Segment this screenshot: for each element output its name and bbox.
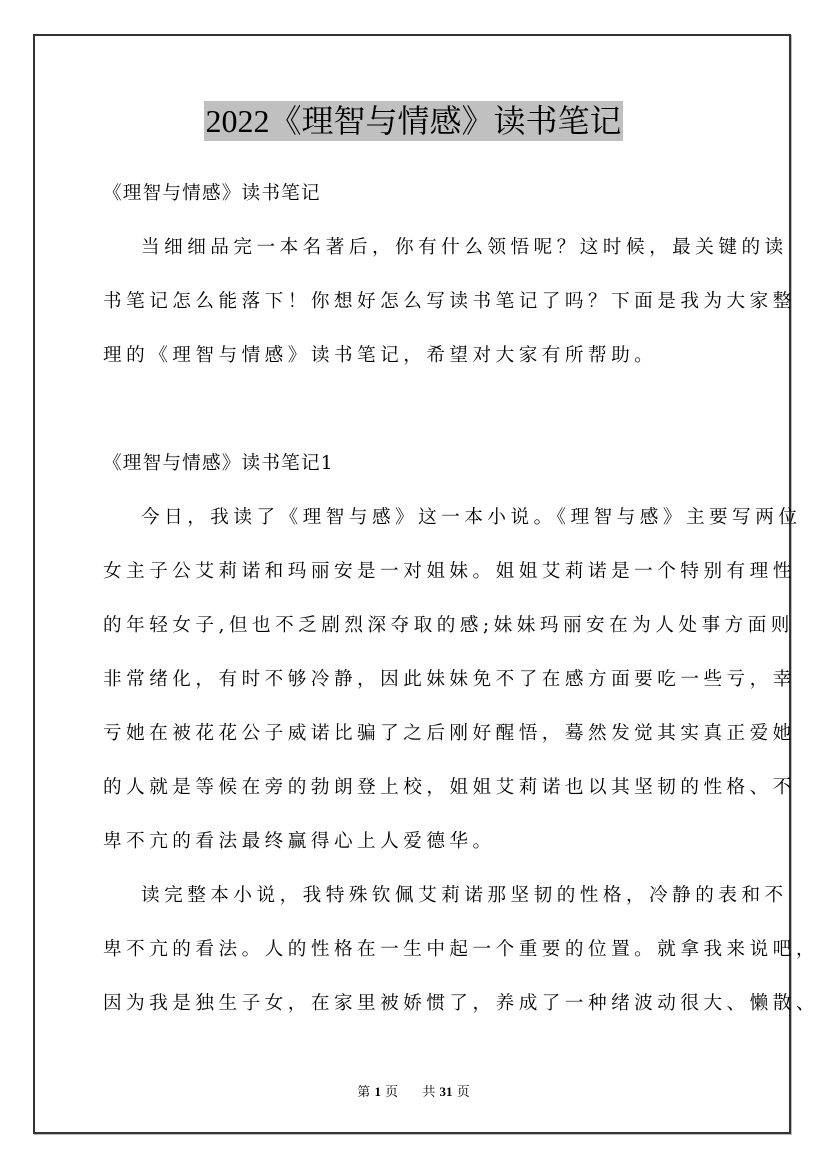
text-line: 因为我是独生子女，在家里被娇惯了，养成了一种绪波动很大、懒散、: [103, 993, 819, 1015]
page-number: 1: [374, 1084, 381, 1099]
total-prefix: 共: [422, 1085, 435, 1100]
text-line: 书笔记怎么能落下！你想好怎么写读书笔记了吗？下面是我为大家整: [103, 291, 796, 313]
paragraph-first-line: 读完整本小说，我特殊钦佩艾莉诺那坚韧的性格，冷静的表和不: [141, 885, 788, 907]
document-title: 2022《理智与情感》读书笔记: [204, 101, 622, 141]
paragraph-first-line: 今日，我读了《理智与感》这一本小说。《理智与感》主要写两位: [141, 507, 801, 529]
page-footer: 第 1 页 共 31 页: [0, 1084, 827, 1101]
total-pages: 31: [440, 1084, 453, 1099]
title-container: 2022《理智与情感》读书笔记: [0, 101, 827, 141]
text-line: 的人就是等候在旁的勃朗登上校，姐姐艾莉诺也以其坚韧的性格、不: [103, 777, 796, 799]
text-line: 非常绪化，有时不够冷静，因此妹妹免不了在感方面要吃一些亏，幸: [103, 669, 796, 691]
paragraph-first-line: 当细细品完一本名著后，你有什么领悟呢？这时候，最关键的读: [141, 237, 788, 259]
total-suffix: 页: [457, 1085, 470, 1100]
page-prefix: 第: [357, 1085, 370, 1100]
text-line: 亏她在被花花公子威诺比骗了之后刚好醒悟，蓦然发觉其实真正爱她: [103, 723, 796, 745]
text-line: 卑不亢的看法最终赢得心上人爱德华。: [103, 831, 496, 853]
text-line: 的年轻女子,但也不乏剧烈深夺取的感;妹妹玛丽安在为人处事方面则: [103, 615, 794, 637]
text-line: 理的《理智与情感》读书笔记，希望对大家有所帮助。: [103, 345, 657, 367]
text-line: 女主子公艾莉诺和玛丽安是一对姐妹。姐姐艾莉诺是一个特别有理性: [103, 561, 796, 583]
text-line: 《理智与情感》读书笔记: [103, 183, 321, 205]
text-line: 卑不亢的看法。人的性格在一生中起一个重要的位置。就拿我来说吧，: [103, 939, 819, 961]
page-suffix: 页: [385, 1085, 398, 1100]
text-line: 《理智与情感》读书笔记1: [103, 453, 334, 475]
